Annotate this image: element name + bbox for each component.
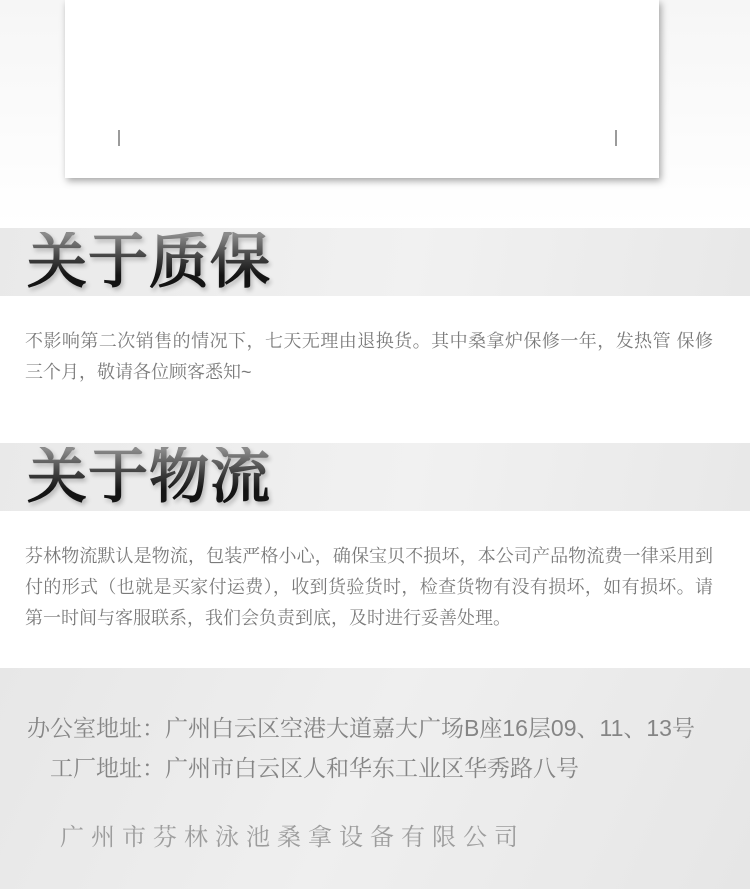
section-band-warranty: 关于质保: [0, 228, 750, 296]
warranty-heading: 关于质保: [27, 232, 271, 292]
product-detail-page: 关于质保 不影响第二次销售的情况下，七天无理由退换货。其中桑拿炉保修一年，发热管…: [0, 0, 750, 889]
ruler-tick-left-icon: [118, 130, 120, 146]
section-band-logistics: 关于物流: [0, 443, 750, 511]
factory-address: 工厂地址：广州市白云区人和华东工业区华秀路八号: [0, 748, 750, 788]
product-image-card: [65, 0, 659, 178]
ruler-tick-right-icon: [615, 130, 617, 146]
section-warranty: 不影响第二次销售的情况下，七天无理由退换货。其中桑拿炉保修一年，发热管 保修三个…: [0, 296, 750, 443]
company-name: 广州市芬林泳池桑拿设备有限公司: [60, 818, 750, 858]
logistics-heading: 关于物流: [27, 447, 271, 507]
office-address: 办公室地址：广州白云区空港大道嘉大广场B座16层09、11、13号: [0, 708, 750, 748]
section-logistics: 芬林物流默认是物流，包装严格小心，确保宝贝不损坏，本公司产品物流费一律采用到付的…: [0, 511, 750, 668]
hero-section: [0, 0, 750, 228]
warranty-text: 不影响第二次销售的情况下，七天无理由退换货。其中桑拿炉保修一年，发热管 保修三个…: [25, 326, 713, 388]
logistics-text: 芬林物流默认是物流，包装严格小心，确保宝贝不损坏，本公司产品物流费一律采用到付的…: [25, 541, 713, 634]
footer: 办公室地址：广州白云区空港大道嘉大广场B座16层09、11、13号 工厂地址：广…: [0, 668, 750, 889]
